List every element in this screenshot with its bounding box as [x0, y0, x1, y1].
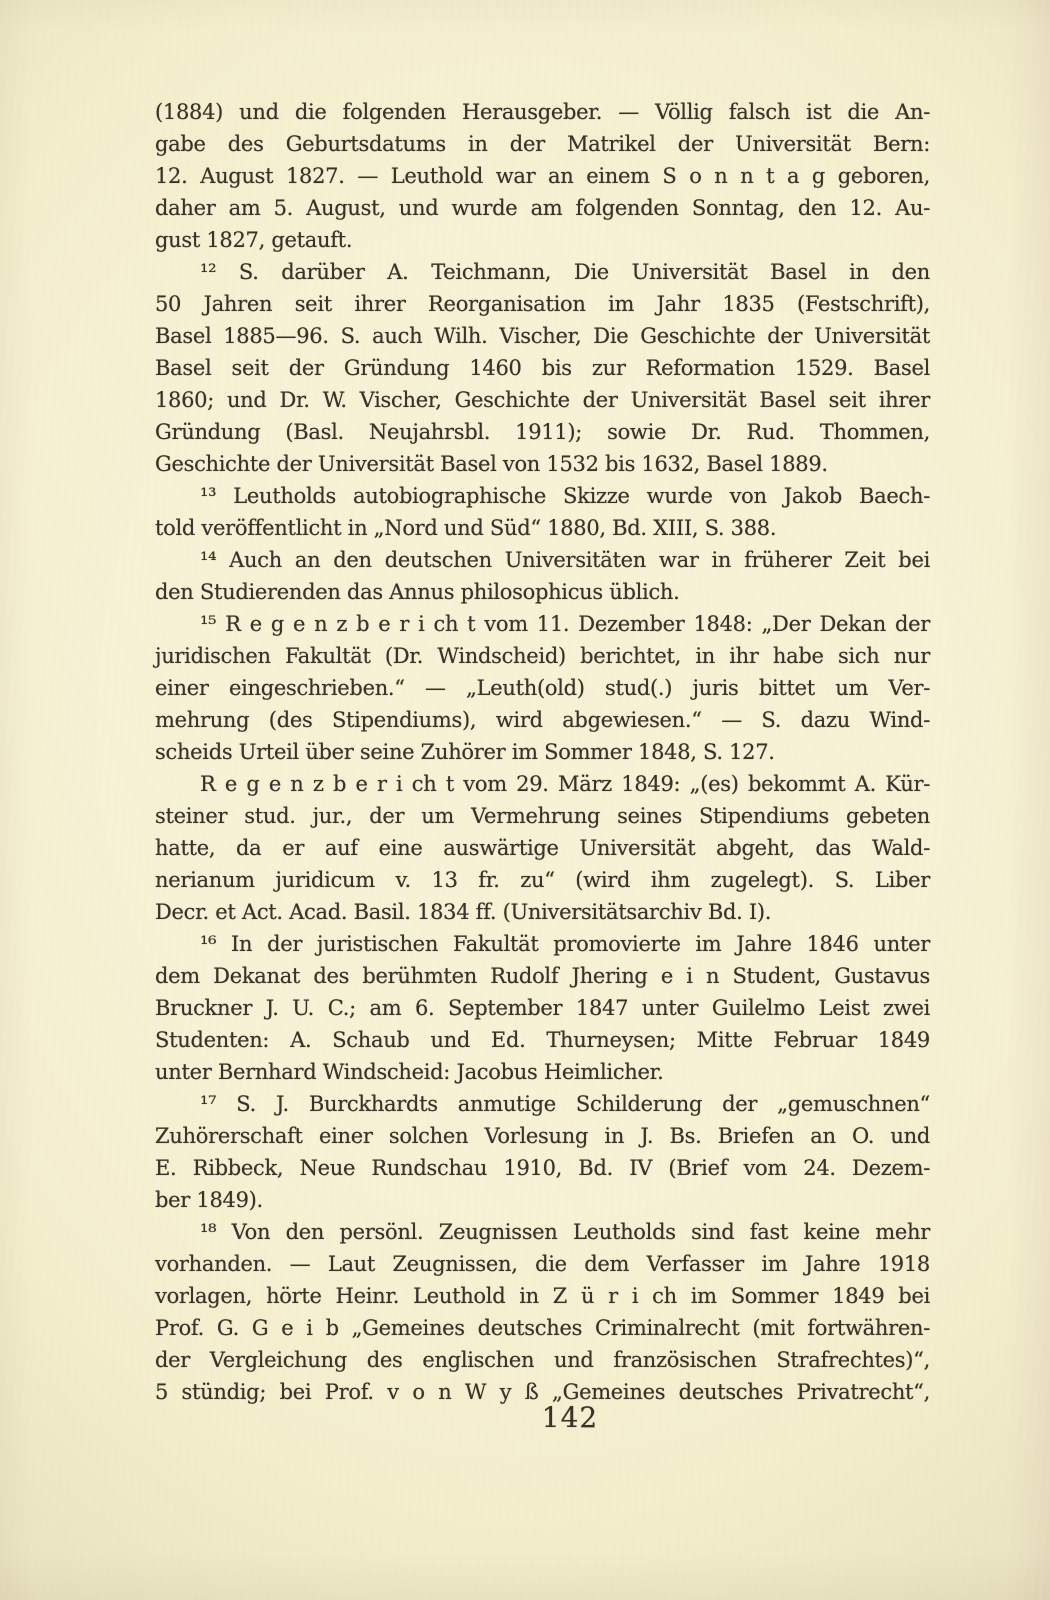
text-line: Gründung (Basl. Neujahrsbl. 1911); sowie…	[155, 416, 930, 448]
text-line: ¹³ Leutholds autobiographische Skizze wu…	[155, 480, 930, 512]
text-line: told veröffentlicht in „Nord und Süd“ 18…	[155, 512, 930, 544]
text-line: nerianum juridicum v. 13 fr. zu“ (wird i…	[155, 864, 930, 896]
book-page-scan: { "page": { "number": "142", "paper_colo…	[0, 0, 1050, 1600]
text-line: Decr. et Act. Acad. Basil. 1834 ff. (Uni…	[155, 896, 930, 928]
text-line: ¹⁷ S. J. Burckhardts anmutige Schilderun…	[155, 1088, 930, 1120]
text-line: (1884) und die folgenden Herausgeber. — …	[155, 96, 930, 128]
text-line: ber 1849).	[155, 1184, 930, 1216]
text-line: Geschichte der Universität Basel von 153…	[155, 448, 930, 480]
text-line: Basel 1885—96. S. auch Wilh. Vischer, Di…	[155, 320, 930, 352]
text-line: hatte, da er auf eine auswärtige Univers…	[155, 832, 930, 864]
text-line: E. Ribbeck, Neue Rundschau 1910, Bd. IV …	[155, 1152, 930, 1184]
text-line: den Studierenden das Annus philosophicus…	[155, 576, 930, 608]
text-line: 50 Jahren seit ihrer Reorganisation im J…	[155, 288, 930, 320]
text-line: mehrung (des Stipendiums), wird abgewies…	[155, 704, 930, 736]
text-line: 12. August 1827. — Leuthold war an einem…	[155, 160, 930, 192]
text-line: ¹⁴ Auch an den deutschen Universitäten w…	[155, 544, 930, 576]
text-line: Prof. G. G e i b „Gemeines deutsches Cri…	[155, 1312, 930, 1344]
page-number: 142	[90, 1402, 1050, 1434]
text-line: Basel seit der Gründung 1460 bis zur Ref…	[155, 352, 930, 384]
text-line: ¹⁵ R e g e n z b e r i ch t vom 11. Deze…	[155, 608, 930, 640]
text-line: vorhanden. — Laut Zeugnissen, die dem Ve…	[155, 1248, 930, 1280]
text-line: ¹⁸ Von den persönl. Zeugnissen Leutholds…	[155, 1216, 930, 1248]
text-line: scheids Urteil über seine Zuhörer im Som…	[155, 736, 930, 768]
text-line: unter Bernhard Windscheid: Jacobus Heiml…	[155, 1056, 930, 1088]
text-line: R e g e n z b e r i ch t vom 29. März 18…	[155, 768, 930, 800]
text-line: daher am 5. August, und wurde am folgend…	[155, 192, 930, 224]
text-line: dem Dekanat des berühmten Rudolf Jhering…	[155, 960, 930, 992]
text-line: gabe des Geburtsdatums in der Matrikel d…	[155, 128, 930, 160]
text-line: einer eingeschrieben.“ — „Leuth(old) stu…	[155, 672, 930, 704]
text-line: ¹⁶ In der juristischen Fakultät promovie…	[155, 928, 930, 960]
text-line: Bruckner J. U. C.; am 6. September 1847 …	[155, 992, 930, 1024]
text-line: vorlagen, hörte Heinr. Leuthold in Z ü r…	[155, 1280, 930, 1312]
text-line: gust 1827, getauft.	[155, 224, 930, 256]
text-line: juridischen Fakultät (Dr. Windscheid) be…	[155, 640, 930, 672]
text-line: ¹² S. darüber A. Teichmann, Die Universi…	[155, 256, 930, 288]
text-line: 1860; und Dr. W. Vischer, Geschichte der…	[155, 384, 930, 416]
text-line: steiner stud. jur., der um Vermehrung se…	[155, 800, 930, 832]
text-line: Zuhörerschaft einer solchen Vorlesung in…	[155, 1120, 930, 1152]
text-line: der Vergleichung des englischen und fran…	[155, 1344, 930, 1376]
page-text: (1884) und die folgenden Herausgeber. — …	[155, 96, 930, 1408]
text-line: Studenten: A. Schaub und Ed. Thurneysen;…	[155, 1024, 930, 1056]
